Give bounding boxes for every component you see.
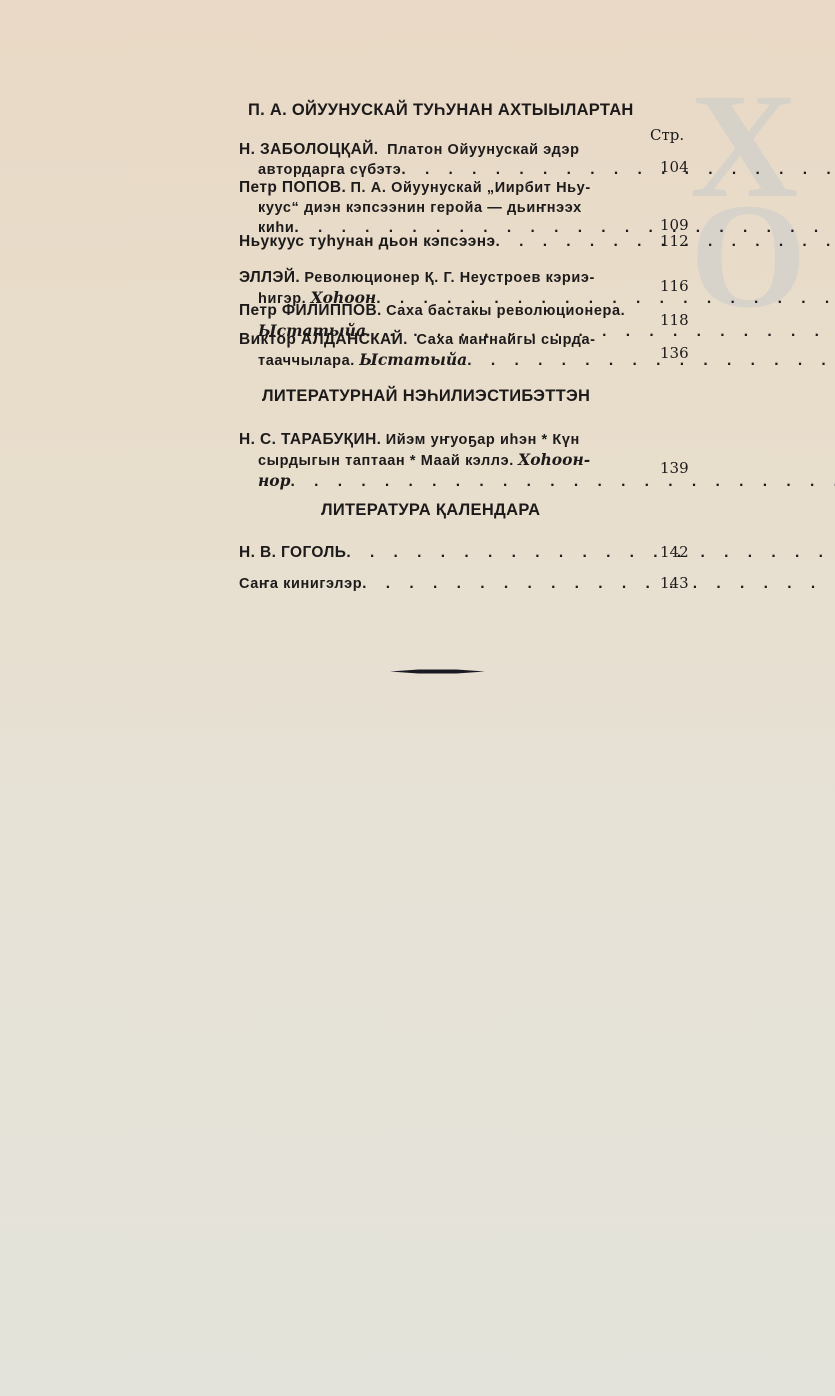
page-number: 104 [660, 158, 692, 176]
dot-leader: . . . . . . . . . . . . . . . . . . . . … [401, 161, 835, 178]
entry-title: куус“ диэн кэпсээнин геройа — дьиҥнээх [258, 200, 582, 216]
entry-author: Виктор АЛДАНСКАЙ. [239, 331, 408, 348]
page-column-label: Стр. [650, 126, 684, 144]
page-number: 116 [660, 277, 692, 295]
entry-genre: нор [258, 471, 290, 490]
page-number: 118 [660, 311, 692, 329]
page-number: 112 [660, 232, 692, 250]
entry-genre: Ыстатыйа [359, 350, 467, 369]
section-title-literary-heritage: ЛИТЕРАТУРНАЙ НЭҺИЛИЭСТИБЭТТЭН [262, 387, 590, 406]
toc-entry[interactable]: Н. В. ГОГОЛЬ. . . . . . . . . . . . . . … [239, 543, 644, 562]
toc-entry[interactable]: Н. С. ТАРАБУҚИН. Ийэм уҥуоҕар иһэн * Күн… [239, 430, 644, 491]
page-number: 136 [660, 344, 692, 362]
section-title-literary-calendar: ЛИТЕРАТУРА ҚАЛЕНДАРА [321, 501, 540, 520]
toc-entry[interactable]: Н. ЗАБОЛОЦҚАЙ. Платон Ойуунускай эдэр ав… [239, 140, 644, 180]
toc-entry[interactable]: Ньукуус туһунан дьон кэпсээнэ. . . . . .… [239, 232, 644, 251]
entry-author: Н. В. ГОГОЛЬ [239, 544, 346, 561]
entry-genre: Хоһоон- [518, 450, 590, 469]
toc-entry[interactable]: Виктор АЛДАНСКАЙ. Саха маҥнайгы сырда- т… [239, 330, 644, 371]
section-title-ojuunuskaj: П. А. ОЙУУНУСКАЙ ТУҺУНАН АХТЫЫЛАРТАН [248, 101, 634, 120]
entry-author: Н. ЗАБОЛОЦҚАЙ. [239, 141, 378, 158]
entry-title: Саха бастакы революционера. [386, 303, 625, 319]
entry-author: ЭЛЛЭЙ. [239, 269, 300, 286]
entry-title: сырдыгын таптаан * Маай кэллэ. [258, 453, 514, 469]
dot-leader: . . . . . . . . . . . . . . . . . . . . … [290, 473, 835, 490]
toc-page: X O П. А. ОЙУУНУСКАЙ ТУҺУНАН АХТЫЫЛАРТАН… [0, 0, 835, 1396]
page-number: 139 [660, 459, 692, 477]
dot-leader: . . . . . . . . . . . . . . . . . . . . … [346, 544, 835, 561]
dot-leader: . . . . . . . . . . . . . . . . . . . . … [362, 575, 835, 592]
entry-title: тааччылара. [258, 353, 355, 369]
entry-title: Саха маҥнайгы сырда- [417, 332, 596, 348]
entry-author: Петр ПОПОВ. [239, 179, 346, 196]
entry-title: Революционер Қ. Г. Неустроев кэриэ- [304, 270, 595, 286]
entry-title: Ийэм уҥуоҕар иһэн * Күн [386, 432, 580, 448]
toc-entry[interactable]: Петр ПОПОВ. П. А. Ойуунускай „Иирбит Ньу… [239, 178, 644, 238]
entry-title: автордарга сүбэтэ [258, 162, 401, 178]
dot-leader: . . . . . . . . . . . . . . . . . . . . … [467, 352, 835, 369]
entry-title: Саҥа кинигэлэр [239, 576, 362, 592]
entry-author: Н. С. ТАРАБУҚИН. [239, 431, 381, 448]
entry-title: П. А. Ойуунускай „Иирбит Ньу- [351, 180, 591, 196]
page-number: 143 [660, 574, 692, 592]
ornamental-rule [390, 669, 485, 674]
entry-title: Ньукуус туһунан дьон кэпсээнэ [239, 233, 495, 250]
page-number: 142 [660, 543, 692, 561]
bleed-through-glyph: O [690, 170, 807, 342]
toc-entry[interactable]: Саҥа кинигэлэр. . . . . . . . . . . . . … [239, 574, 644, 594]
entry-title: Платон Ойуунускай эдэр [387, 142, 579, 158]
entry-author: Петр ФИЛИППОВ. [239, 302, 382, 319]
